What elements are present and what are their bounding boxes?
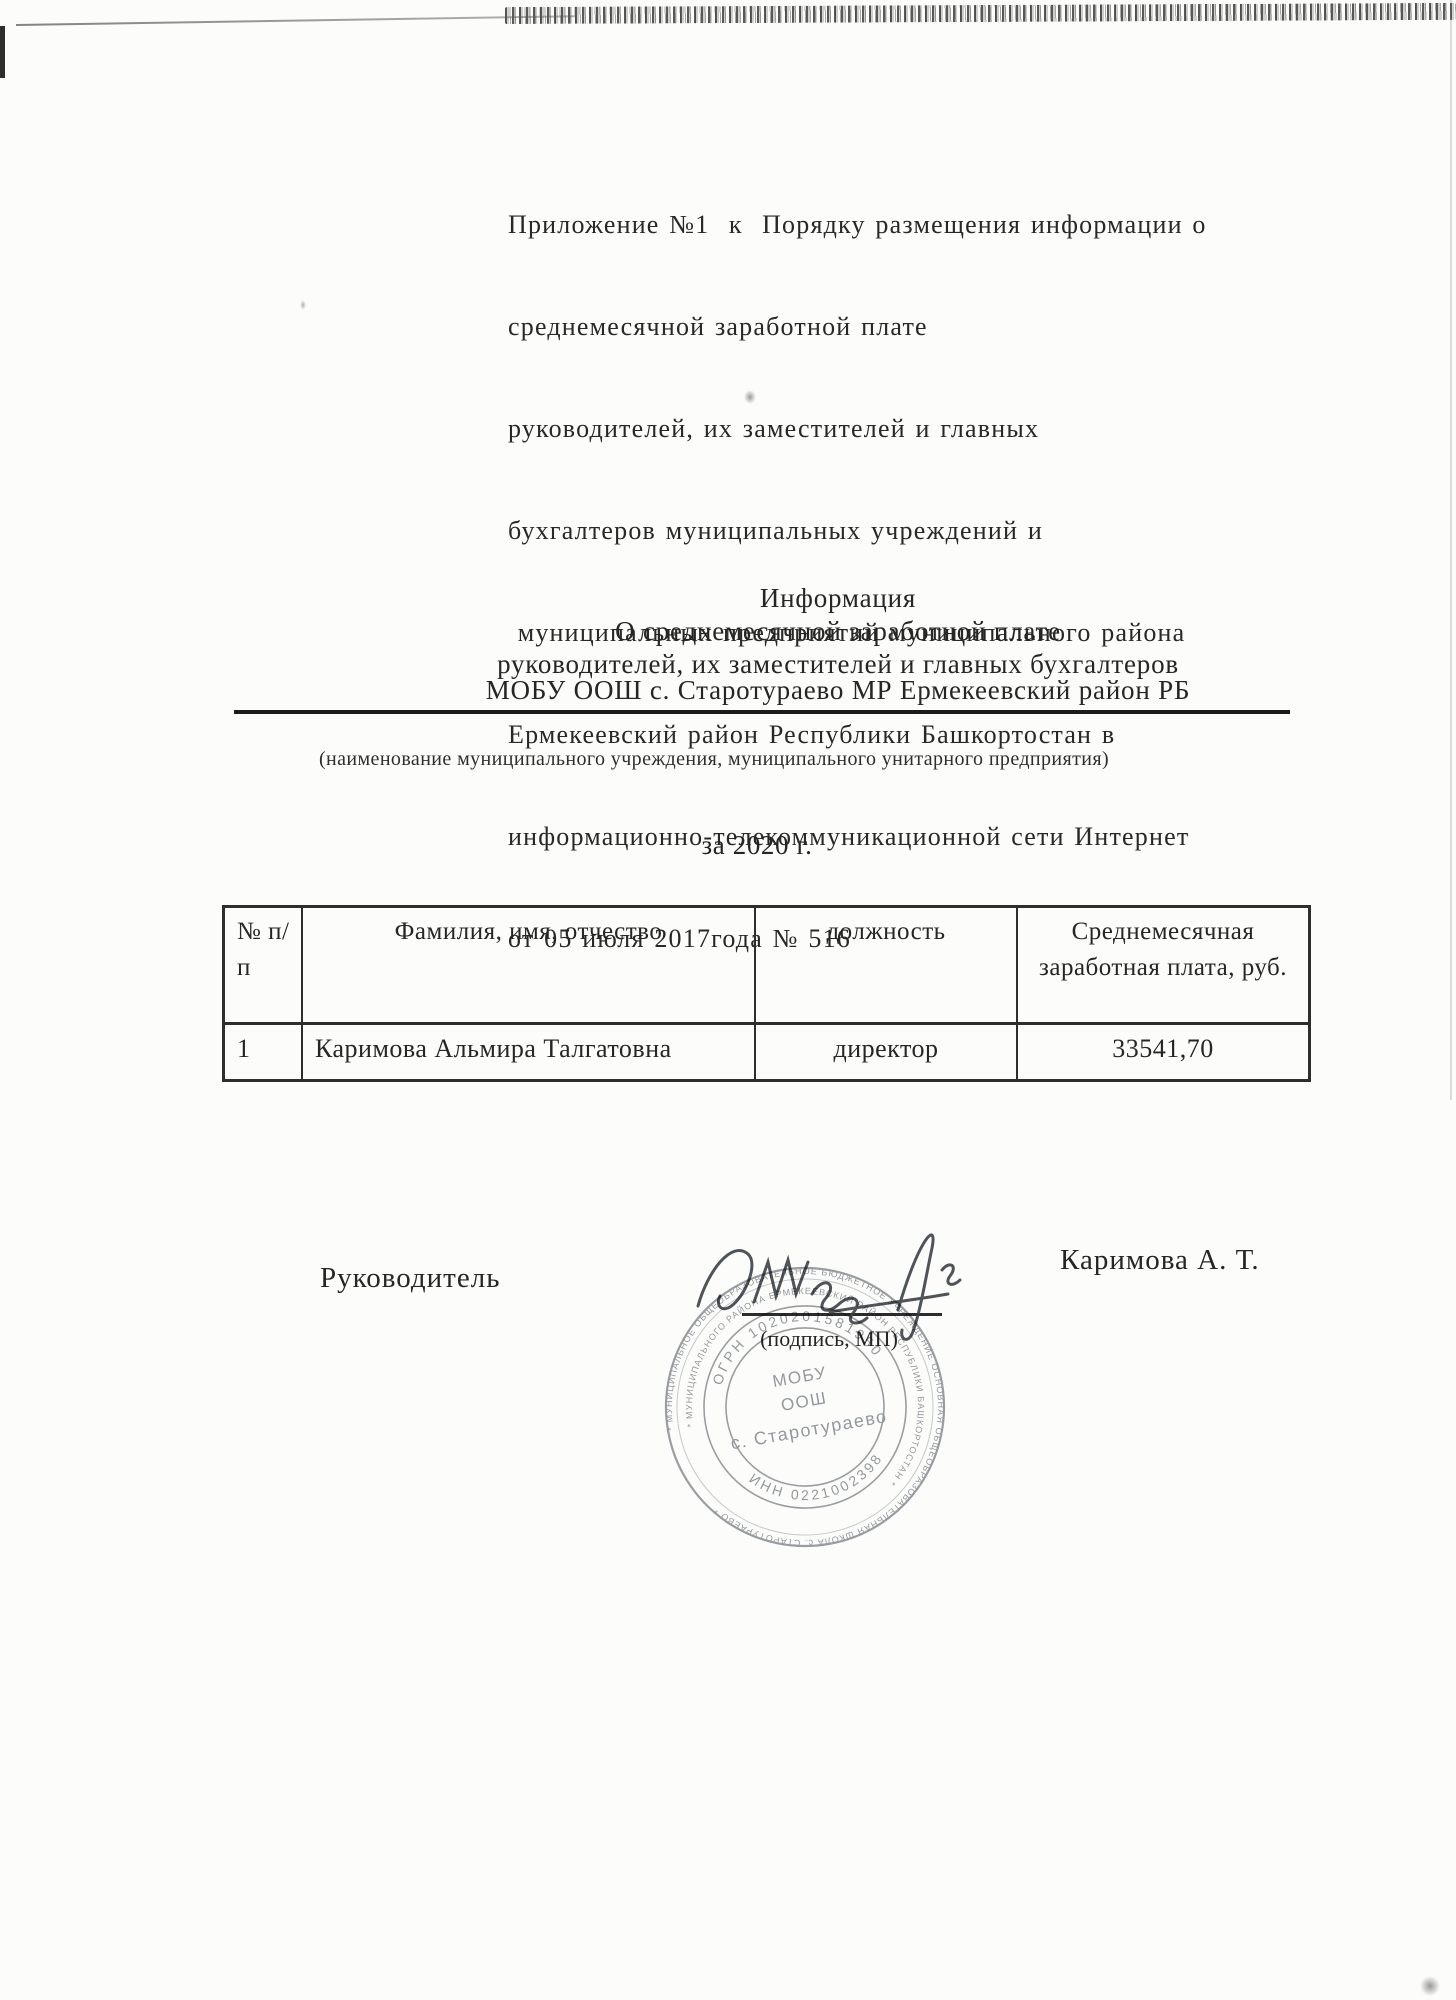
organization-name: МОБУ ООШ с. Старотураево МР Ермекеевский… (220, 675, 1456, 706)
reporting-period: за 2020 г. (157, 830, 1357, 861)
salary-table: № п/п Фамилия, имя, отчество должность С… (222, 905, 1311, 1082)
col-header-salary: Среднемесячная заработная плата, руб. (1018, 908, 1308, 1022)
official-stamp: * МУНИЦИПАЛЬНОЕ ОБЩЕОБРАЗОВАТЕЛЬНОЕ БЮДЖ… (637, 1239, 973, 1575)
col-header-number: № п/п (225, 908, 303, 1022)
stamp-center-line-3: с. Старотураево (729, 1406, 889, 1453)
cell-salary: 33541,70 (1018, 1025, 1308, 1079)
organization-caption: (наименование муниципального учреждения,… (56, 748, 1372, 771)
stamp-inn-text: ИНН 0221002398 (745, 1447, 892, 1514)
col-header-position: должность (756, 908, 1018, 1022)
cell-number: 1 (225, 1025, 303, 1079)
organization-underline (234, 710, 1290, 714)
signer-name: Каримова А. Т. (1060, 1244, 1260, 1277)
col-header-fullname: Фамилия, имя, отчество (303, 908, 756, 1022)
table-row: 1 Каримова Альмира Талгатовна директор 3… (225, 1025, 1308, 1079)
document-title-block: Информация О среднемесячной заработной п… (220, 582, 1456, 681)
stamp-center-line-1: МОБУ (771, 1363, 828, 1391)
cell-fullname: Каримова Альмира Талгатовна (303, 1025, 756, 1079)
regulation-line: Ермекеевский район Республики Башкортост… (508, 718, 1207, 752)
scan-corner-smudge (1420, 1976, 1440, 1996)
signer-role-label: Руководитель (320, 1262, 500, 1295)
scan-hairline (16, 15, 576, 26)
title-line-1: Информация (220, 582, 1456, 615)
scan-edge-line (1450, 0, 1452, 1100)
regulation-line: руководителей, их заместителей и главных (508, 412, 1207, 446)
title-line-2: О среднемесячной заработной плате (220, 615, 1456, 648)
stamp-center-line-2: ООШ (779, 1388, 828, 1415)
scan-edge-mark (0, 26, 5, 78)
document-page: Приложение №1 к Порядку размещения инфор… (0, 0, 1456, 2000)
regulation-line: бухгалтеров муниципальных учреждений и (508, 514, 1207, 548)
cell-position: директор (756, 1025, 1018, 1079)
scan-smudge (300, 300, 306, 310)
regulation-line: Приложение №1 к Порядку размещения инфор… (508, 208, 1207, 242)
table-header-row: № п/п Фамилия, имя, отчество должность С… (225, 908, 1308, 1025)
scan-noise-band (505, 3, 1456, 24)
regulation-line: среднемесячной заработной плате (508, 310, 1207, 344)
